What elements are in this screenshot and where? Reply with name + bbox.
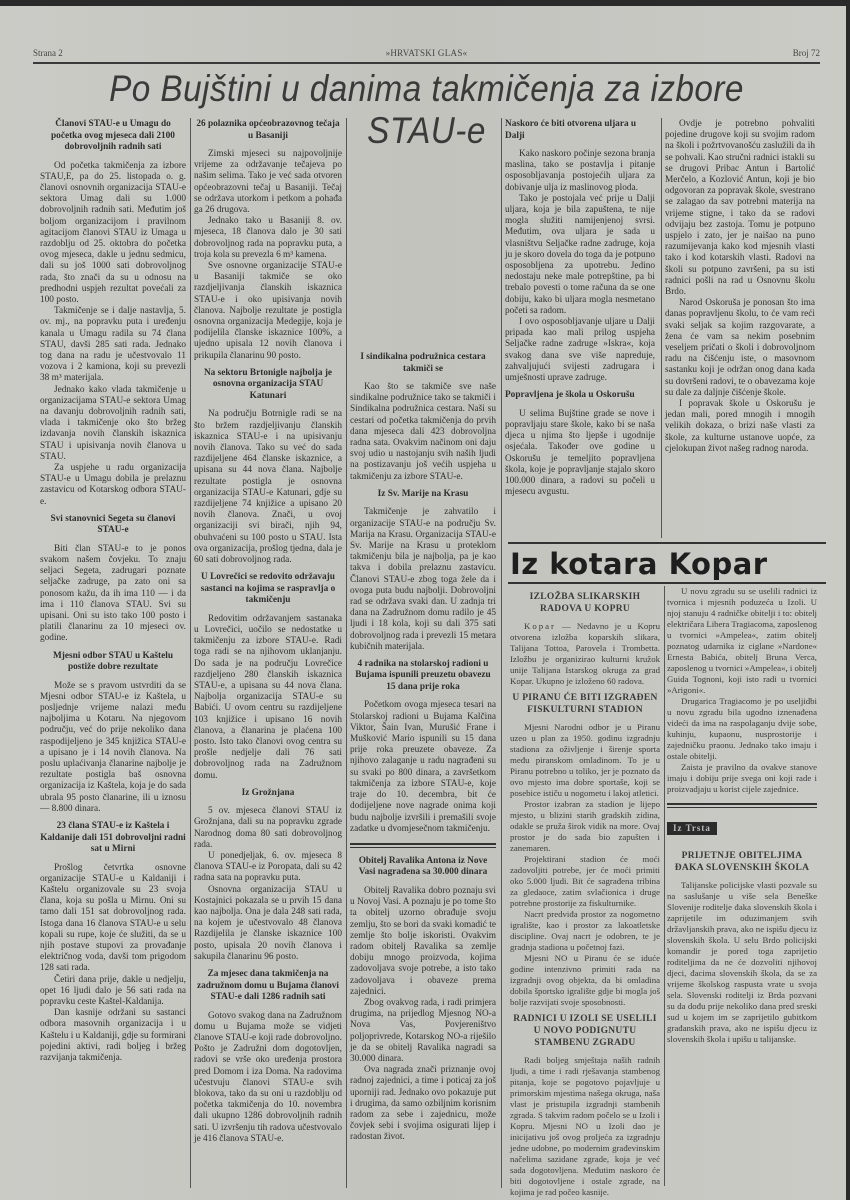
section-rule (508, 582, 826, 584)
section-label-trst: Iz Trsta (667, 822, 717, 835)
article-paragraph: Zimski mjeseci su najpovoljnije vrijeme … (194, 149, 342, 216)
paper-name: »HRVATSKI GLAS« (33, 48, 820, 58)
column-3: I sindikalna podružnica cestara takmiči … (350, 346, 496, 1144)
article-paragraph: Prošlog četvrtka osnovne organizacije ST… (40, 863, 186, 975)
article-umag: Članovi STAU-e u Umagu do početka ovog m… (40, 119, 186, 508)
article-segeta: Svi stanovnici Segeta su članovi STAU-e … (40, 514, 186, 645)
article-kaldanija: 23 člana STAU-e iz Kaštela i Kaldanije d… (40, 821, 186, 1064)
article-groznjan: Iz Grožnjana 5 ov. mjeseca članovi STAU … (194, 788, 342, 963)
article-title: 26 polaznika općeobrazovnog tečaja u Bas… (194, 119, 342, 142)
article-kastel: Mjesni odbor STAU u Kaštelu postiže dobr… (40, 651, 186, 815)
article-paragraph: Jednako kako vlada takmičenje u organiza… (40, 385, 186, 463)
article-title: Svi stanovnici Segeta su članovi STAU-e (40, 514, 186, 537)
article-paragraph: Gotovo svakog dana na Zadružnom domu u B… (194, 1011, 342, 1145)
article-paragraph: Četiri dana prije, dakle u nedjelju, ope… (40, 975, 186, 1009)
article-paragraph: Takmičenje se i dalje nastavlja, 5. ov. … (40, 306, 186, 384)
article-title: Iz Grožnjana (194, 788, 342, 800)
column-divider (501, 118, 502, 1188)
koper-column-2: U novu zgradu su se uselili radnici iz t… (667, 586, 817, 1045)
article-paragraph: Može se s pravom ustvrditi da se Mjesni … (40, 681, 186, 815)
article-paragraph: Početkom ovoga mjeseca tesari na Stolars… (350, 700, 496, 834)
article-sv-marija: Iz Sv. Marije na Krasu Takmičenje je zah… (350, 489, 496, 653)
issue-number: Broj 72 (793, 48, 820, 58)
article-title: Članovi STAU-e u Umagu do početka ovog m… (40, 119, 186, 154)
article-lovrecica: U Lovrečici se redovito održavaju sastan… (194, 572, 342, 782)
article-paragraph: Prostor izabran za stadion je lijepo mje… (510, 799, 660, 854)
article-paragraph: Sve osnovne organizacije STAU-e u Basani… (194, 261, 342, 362)
article-title: PRIJETNJE OBITELJIMA ĐAKA SLOVENSKIH ŠKO… (667, 850, 817, 874)
masthead-rule (33, 62, 820, 64)
masthead: Strana 2 »HRVATSKI GLAS« Broj 72 (33, 46, 820, 62)
article-paragraph: U ponedjeljak, 6. ov. mjeseca 8 članova … (194, 851, 342, 885)
article-paragraph: Projektirani stadion će moći zadovoljiti… (510, 854, 660, 909)
article-paragraph: Kopar — Nedavno je u Kopru otvorena izlo… (510, 621, 660, 687)
dateline: Kopar (524, 621, 556, 631)
article-paragraph: Takmičenje je zahvatilo i organizacije S… (350, 507, 496, 653)
article-paragraph: Nacrt predviđa prostor za nogometno igra… (510, 909, 660, 953)
article-oskorusa: Popravljena je škola u Oskorušu U selima… (505, 390, 655, 498)
article-paragraph: U novu zgradu su se uselili radnici iz t… (667, 586, 817, 696)
article-paragraph: Biti član STAU-e to je ponos svakom naše… (40, 544, 186, 645)
article-title: Naskoro će biti otvorena uljara u Dalji (505, 119, 655, 142)
column-2: 26 polaznika općeobrazovnog tečaja u Bas… (194, 119, 342, 1145)
article-title: IZLOŽBA SLIKARSKIH RADOVA U KOPRU (510, 591, 660, 615)
article-paragraph: Narod Oskoruša je ponosan što ima danas … (665, 298, 815, 399)
article-piran: U PIRANU ĆE BITI IZGRAĐEN FISKULTURNI ST… (510, 692, 660, 1008)
column-divider (661, 118, 662, 538)
article-title: 4 radnika na stolarskoj radioni u Bujama… (350, 659, 496, 694)
article-separator (667, 803, 817, 808)
column-divider (346, 118, 347, 1188)
article-paragraph: Osnovna organizacija STAU u Kostajnici p… (194, 885, 342, 963)
article-title: U PIRANU ĆE BITI IZGRAĐEN FISKULTURNI ST… (510, 692, 660, 716)
article-paragraph: Obitelj Ravalika dobro poznaju svi u Nov… (350, 886, 496, 998)
article-paragraph: Radi boljeg smještaja naših radnih ljudi… (510, 1055, 660, 1198)
article-title: Mjesni odbor STAU u Kaštelu postiže dobr… (40, 651, 186, 674)
article-title: RADNICI U IZOLI SE USELILI U NOVO PODIGN… (510, 1013, 660, 1049)
article-paragraph: Talijanske policijske vlasti pozvale su … (667, 880, 817, 1045)
article-title: Obitelj Ravalika Antona iz Nove Vasi nag… (350, 856, 496, 879)
article-dalji: Naskoro će biti otvorena uljara u Dalji … (505, 119, 655, 384)
article-paragraph: Mjesni NO u Piranu će se iduće godine in… (510, 953, 660, 1008)
article-paragraph: Kao što se takmiče sve naše sindikalne p… (350, 382, 496, 483)
article-katunari: Na sektoru Brtonigle najbolja je osnovna… (194, 368, 342, 566)
article-ravalika: Obitelj Ravalika Antona iz Nove Vasi nag… (350, 856, 496, 1144)
article-title: U Lovrečici se redovito održavaju sastan… (194, 572, 342, 607)
article-separator (350, 843, 496, 848)
article-paragraph: Kako naskoro počinje sezona branja masli… (505, 149, 655, 194)
article-paragraph: Redovitim održavanjem sastanaka u Lovreč… (194, 614, 342, 782)
article-paragraph: I popravak škole u Oskorušu je jedan mal… (665, 399, 815, 455)
article-title: Na sektoru Brtonigle najbolja je osnovna… (194, 368, 342, 403)
article-paragraph: Ova nagrada znači priznanje ovoj radnoj … (350, 1065, 496, 1143)
article-paragraph: Jednako tako u Basaniji 8. ov. mjeseca, … (194, 216, 342, 261)
article-izola: RADNICI U IZOLI SE USELILI U NOVO PODIGN… (510, 1013, 660, 1198)
article-title: 23 člana STAU-e iz Kaštela i Kaldanije d… (40, 821, 186, 856)
article-title: I sindikalna podružnica cestara takmiči … (350, 352, 496, 375)
article-paragraph: I ovo osposobljavanje uljare u Dalji pri… (505, 317, 655, 384)
koper-column-1: IZLOŽBA SLIKARSKIH RADOVA U KOPRU Kopar … (510, 586, 660, 1198)
article-basanija: 26 polaznika općeobrazovnog tečaja u Bas… (194, 119, 342, 362)
column-1: Članovi STAU-e u Umagu do početka ovog m… (40, 119, 186, 1064)
article-paragraph: Mjesni Narodni odbor je u Piranu uzeo u … (510, 722, 660, 799)
column-5: Ovdje je potrebno pohvaliti pojedine dru… (665, 119, 815, 455)
article-stolarska: 4 radnika na stolarskoj radioni u Bujama… (350, 659, 496, 835)
article-paragraph: U selima Bujštine grade se nove i poprav… (505, 409, 655, 499)
article-title: Za mjesec dana takmičenja na zadružnom d… (194, 969, 342, 1004)
article-paragraph: 5 ov. mjeseca članovi STAU iz Grožnjana,… (194, 806, 342, 851)
article-izlozba: IZLOŽBA SLIKARSKIH RADOVA U KOPRU Kopar … (510, 591, 660, 687)
article-trst: Iz Trsta PRIJETNJE OBITELJIMA ĐAKA SLOVE… (667, 816, 817, 1045)
section-banner-koper: Iz kotara Kopar (508, 542, 826, 584)
article-paragraph: Tako je postojala već prije u Dalji ulja… (505, 194, 655, 317)
article-cestari: I sindikalna podružnica cestara takmiči … (350, 352, 496, 483)
newspaper-page: Strana 2 »HRVATSKI GLAS« Broj 72 Po Bujš… (0, 6, 846, 1200)
article-paragraph: Drugarica Tragiacomo je po useljidbi u n… (667, 696, 817, 762)
article-paragraph: Za uspjehe u radu organizacija STAU-e u … (40, 463, 186, 508)
article-paragraph: Od početka takmičenja za izbore STAU,E, … (40, 161, 186, 307)
article-title: Popravljena je škola u Oskorušu (505, 390, 655, 402)
section-title: Iz kotara Kopar (508, 544, 826, 582)
article-buje-dom: Za mjesec dana takmičenja na zadružnom d… (194, 969, 342, 1145)
article-paragraph: Dan kasnije održani su sastanci odbora m… (40, 1008, 186, 1064)
article-paragraph: Na području Botrnigle radi se na što brž… (194, 409, 342, 566)
column-divider (664, 586, 665, 1186)
column-divider (190, 118, 191, 1188)
column-4: Naskoro će biti otvorena uljara u Dalji … (505, 119, 655, 498)
article-paragraph: Zbog ovakvog rada, i radi primjera drugi… (350, 998, 496, 1065)
article-title: Iz Sv. Marije na Krasu (350, 489, 496, 501)
article-paragraph: Ovdje je potrebno pohvaliti pojedine dru… (665, 119, 815, 298)
article-paragraph: Zaista je pravilno da ovakve stanove ima… (667, 762, 817, 795)
